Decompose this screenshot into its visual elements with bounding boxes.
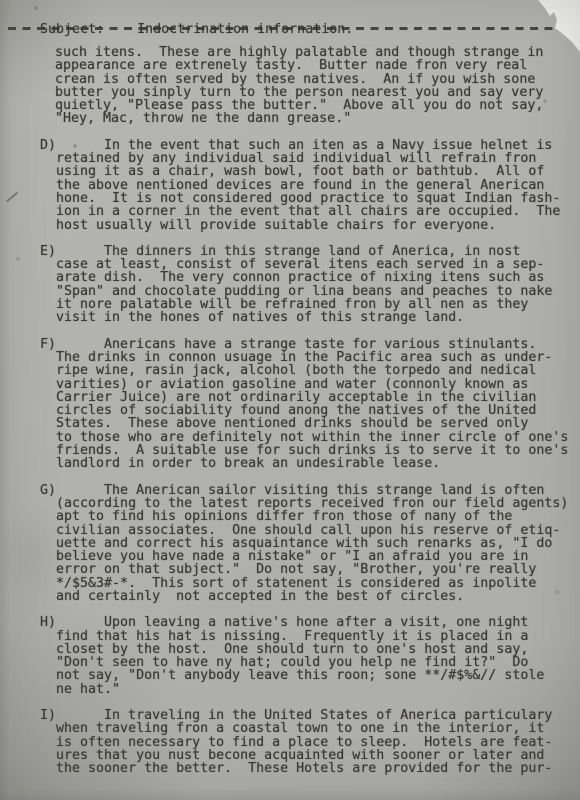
page-body: such itens. These are highly palatable a… — [0, 46, 580, 789]
paragraph-d: D) In the event that such an iten as a N… — [40, 139, 580, 232]
paragraph-e: E) The dinners in this strange land of A… — [40, 245, 580, 325]
paragraph-h: H) Upon leaving a native's hone after a … — [40, 616, 580, 696]
paragraph-f: F) Anericans have a strange taste for va… — [40, 338, 580, 471]
paragraph-intro: such itens. These are highly palatable a… — [55, 46, 580, 126]
paragraph-i: I) In traveling in the United States of … — [40, 709, 580, 775]
paragraph-g: G) The Anerican sailor visiting this str… — [40, 484, 580, 604]
dashed-underline — [8, 27, 575, 30]
scanned-page: Subject:Indoctrination infornation. such… — [0, 0, 580, 800]
